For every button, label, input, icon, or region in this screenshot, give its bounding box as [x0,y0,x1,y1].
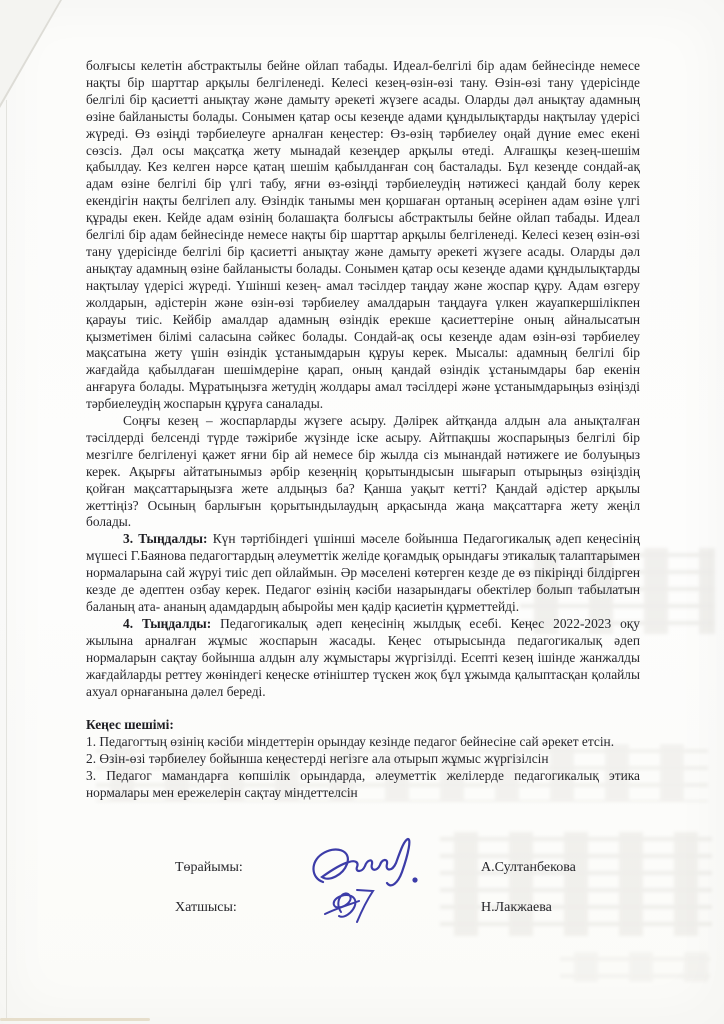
secretary-name: Н.Лакжаева [481,900,552,917]
paragraph-agenda-item-3: 3. Тыңдалды: Күн тәртібіндегі үшінші мәс… [86,531,640,616]
paragraph-lead-heard-3: 3. Тыңдалды: [123,531,207,546]
paragraph-agenda-item-4: 4. Тыңдалды: Педагогикалық әдеп кеңесіні… [86,616,640,701]
page-corner-fold [0,0,60,104]
paragraph-text: болғысы келетін абстрактылы бейне ойлап … [86,58,640,411]
secretary-signature-icon [317,878,387,930]
decision-item-3: 3. Педагог мамандарға көпшілік орындарда… [86,768,640,802]
paragraph-lead-heard-4: 4. Тыңдалды: [123,616,211,631]
decision-heading: Кеңес шешімі: [86,717,640,734]
signature-row-chairperson: Төрайымы: А.Султанбекова [175,848,640,888]
chairperson-role-label: Төрайымы: [175,860,303,877]
secretary-role-label: Хатшысы: [175,900,303,917]
scan-edge-bottom [0,1018,150,1021]
signature-block: Төрайымы: А.Султанбекова Хатшысы: Н.Лакж… [175,848,640,928]
paragraph-text: Соңғы кезең – жоспарларды жүзеге асыру. … [86,413,640,529]
scan-edge-left [6,100,7,1018]
chairperson-name: А.Султанбекова [481,860,576,877]
ink-bleedthrough-artifact [560,952,710,982]
secretary-signature-ink [303,888,481,928]
signature-row-secretary: Хатшысы: Н.Лакжаева [175,888,640,928]
decision-item-2: 2. Өзін-өзі тәрбиелеу бойынша кеңестерді… [86,751,640,768]
paragraph-final-stage: Соңғы кезең – жоспарларды жүзеге асыру. … [86,413,640,531]
decision-item-1: 1. Педагогтың өзінің кәсіби міндеттерін … [86,734,640,751]
document-body: болғысы келетін абстрактылы бейне ойлап … [86,58,640,928]
paragraph-self-education: болғысы келетін абстрактылы бейне ойлап … [86,58,640,413]
scanned-document-page: болғысы келетін абстрактылы бейне ойлап … [0,0,724,1024]
council-decision-section: Кеңес шешімі: 1. Педагогтың өзінің кәсіб… [86,717,640,802]
